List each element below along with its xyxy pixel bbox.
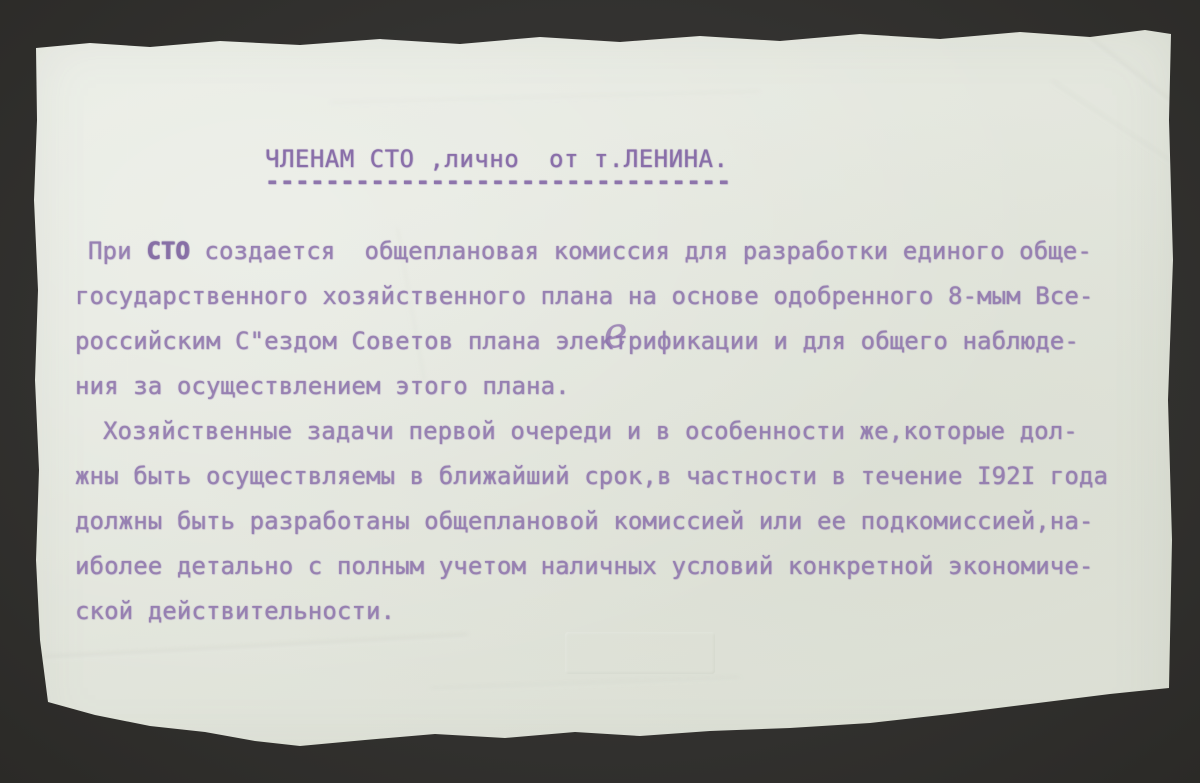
paragraph1-line3: российским С"ездом Советов плана электри… [75,326,1079,356]
paper-crease [330,90,760,105]
paragraph1-line2: государственного хозяйственного плана на… [75,281,1093,311]
paragraph1-line4: ния за осуществлением этого плана. [75,371,570,401]
paper-crease [1051,81,1200,193]
paper-crease [1028,0,1200,139]
document-sheet: ЧЛЕНАМ СТО ,лично от т.ЛЕНИНА. ---------… [0,0,1200,783]
paper-crease [28,633,468,661]
paragraph2-line5: ской действительности. [75,596,395,626]
paragraph2-line4: иболее детально с полным учетом наличных… [75,551,1093,581]
paragraph2-line3: должны быть разработаны общеплановой ком… [75,506,1093,536]
paragraph1-line1: При СТО создается общеплановая комиссия … [88,236,1092,266]
paragraph2-line2: жны быть осуществляемы в ближайший срок,… [75,461,1108,491]
paragraph2-line1: Хозяйственные задачи первой очереди и в … [103,416,1078,446]
paper-crease [430,677,740,692]
p1l1-prefix: При [88,237,146,265]
p1l1-rest: создается общеплановая комиссия для разр… [190,237,1092,265]
photo-background: ЧЛЕНАМ СТО ,лично от т.ЛЕНИНА. ---------… [0,0,1200,783]
embossed-stamp [565,632,715,674]
title-underline: ------------------------------- [265,166,732,196]
p1l1-sto-emphasis: СТО [146,237,190,265]
